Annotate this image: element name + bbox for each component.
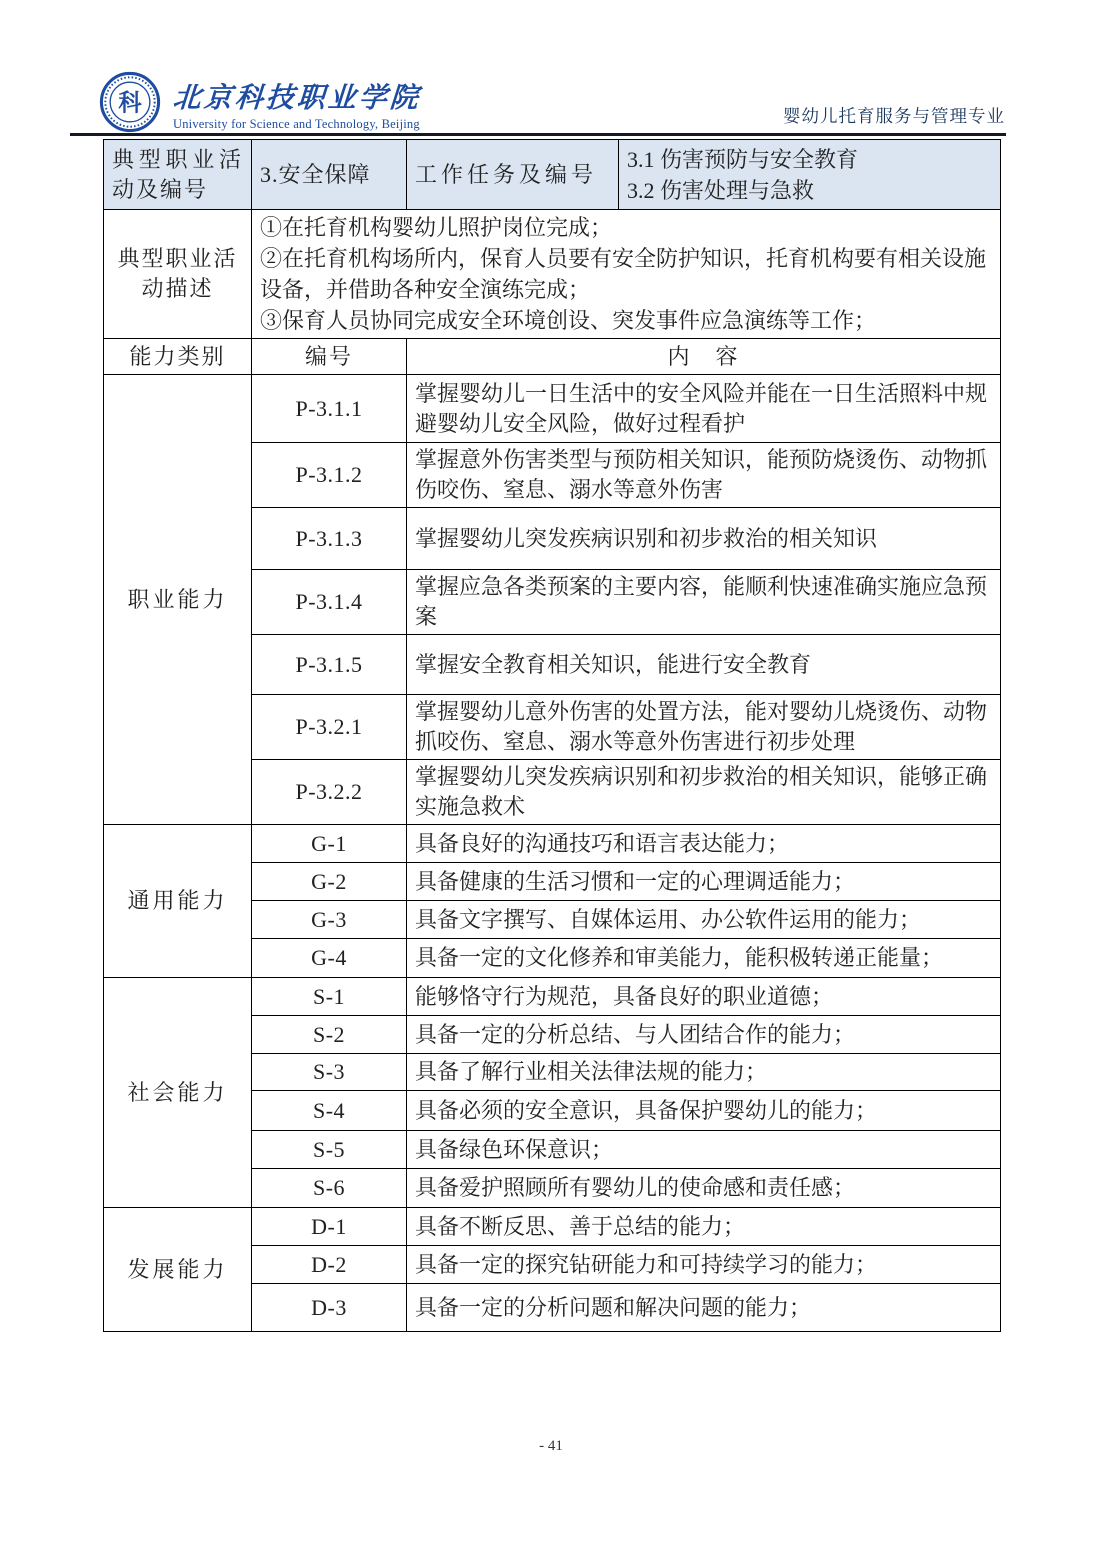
code-cell: P-3.2.1 (252, 695, 407, 760)
category-cell: 通用能力 (104, 825, 252, 978)
code-cell: P-3.1.1 (252, 375, 407, 443)
content-cell: 具备一定的分析总结、与人团结合作的能力； (407, 1016, 1001, 1054)
table-row: 职业能力P-3.1.1掌握婴幼儿一日生活中的安全风险并能在一日生活照料中规避婴幼… (104, 375, 1001, 443)
code-cell: S-2 (252, 1016, 407, 1054)
activity-desc-row: 典型职业活动描述 ①在托育机构婴幼儿照护岗位完成； ②在托育机构场所内，保育人员… (104, 210, 1001, 339)
table-row: 通用能力G-1具备良好的沟通技巧和语言表达能力； (104, 825, 1001, 863)
column-head-code: 编号 (252, 339, 407, 375)
desc-line: ①在托育机构婴幼儿照护岗位完成； (260, 212, 992, 243)
header-cell-activity-value: 3.安全保障 (252, 140, 407, 210)
category-cell: 职业能力 (104, 375, 252, 825)
content-cell: 掌握安全教育相关知识，能进行安全教育 (407, 635, 1001, 695)
code-cell: P-3.1.4 (252, 570, 407, 635)
table-row: 发展能力D-1具备不断反思、善于总结的能力； (104, 1208, 1001, 1246)
content-cell: 具备一定的文化修养和审美能力，能积极转递正能量； (407, 939, 1001, 978)
content-cell: 具备文字撰写、自媒体运用、办公软件运用的能力； (407, 901, 1001, 939)
code-cell: S-3 (252, 1054, 407, 1091)
code-cell: G-4 (252, 939, 407, 978)
content-cell: 掌握婴幼儿一日生活中的安全风险并能在一日生活照料中规避婴幼儿安全风险，做好过程看… (407, 375, 1001, 443)
task-line: 3.2 伤害处理与急救 (627, 175, 992, 206)
university-seal-icon: 科 (99, 71, 161, 138)
logo-cn: 北京科技职业学院 (172, 76, 423, 116)
category-cell: 发展能力 (104, 1208, 252, 1332)
header-cell-activity-label: 典型职业活动及编号 (104, 140, 252, 210)
table-header-row: 典型职业活动及编号 3.安全保障 工作任务及编号 3.1 伤害预防与安全教育 3… (104, 140, 1001, 210)
table-row: 社会能力S-1能够恪守行为规范，具备良好的职业道德； (104, 978, 1001, 1016)
columns-header-row: 能力类别 编号 内 容 (104, 339, 1001, 375)
code-cell: P-3.2.2 (252, 760, 407, 825)
content-cell: 掌握意外伤害类型与预防相关知识，能预防烧烫伤、动物抓伤咬伤、窒息、溺水等意外伤害 (407, 443, 1001, 508)
task-line: 3.1 伤害预防与安全教育 (627, 144, 992, 175)
code-cell: D-2 (252, 1246, 407, 1284)
code-cell: P-3.1.5 (252, 635, 407, 695)
logo-text-block: 北京科技职业学院 University for Science and Tech… (173, 76, 421, 132)
content-cell: 能够恪守行为规范，具备良好的职业道德； (407, 978, 1001, 1016)
column-head-category: 能力类别 (104, 339, 252, 375)
program-title: 婴幼儿托育服务与管理专业 (783, 103, 1005, 128)
page-number: - 41 (0, 1438, 1102, 1455)
code-cell: S-1 (252, 978, 407, 1016)
logo-en: University for Science and Technology, B… (173, 117, 421, 132)
content-cell: 掌握婴幼儿意外伤害的处置方法，能对婴幼儿烧烫伤、动物抓咬伤、窒息、溺水等意外伤害… (407, 695, 1001, 760)
code-cell: G-1 (252, 825, 407, 863)
header-cell-tasks-value: 3.1 伤害预防与安全教育 3.2 伤害处理与急救 (619, 140, 1001, 210)
activity-desc-label: 典型职业活动描述 (104, 210, 252, 339)
content-cell: 具备爱护照顾所有婴幼儿的使命感和责任感； (407, 1169, 1001, 1208)
document-page: 科 北京科技职业学院 University for Science and Te… (0, 0, 1102, 1559)
capability-table: 典型职业活动及编号 3.安全保障 工作任务及编号 3.1 伤害预防与安全教育 3… (103, 139, 1001, 1332)
svg-text:科: 科 (118, 91, 142, 117)
code-cell: S-6 (252, 1169, 407, 1208)
content-cell: 具备健康的生活习惯和一定的心理调适能力； (407, 863, 1001, 901)
activity-desc-cell: ①在托育机构婴幼儿照护岗位完成； ②在托育机构场所内，保育人员要有安全防护知识，… (252, 210, 1001, 339)
category-cell: 社会能力 (104, 978, 252, 1208)
content-cell: 掌握婴幼儿突发疾病识别和初步救治的相关知识，能够正确实施急救术 (407, 760, 1001, 825)
code-cell: G-2 (252, 863, 407, 901)
content-cell: 具备了解行业相关法律法规的能力； (407, 1054, 1001, 1091)
content-cell: 具备绿色环保意识； (407, 1131, 1001, 1169)
content-cell: 具备不断反思、善于总结的能力； (407, 1208, 1001, 1246)
desc-line: ③保育人员协同完成安全环境创设、突发事件应急演练等工作； (260, 305, 992, 336)
code-cell: P-3.1.3 (252, 508, 407, 570)
code-cell: P-3.1.2 (252, 443, 407, 508)
code-cell: S-4 (252, 1091, 407, 1131)
content-cell: 具备良好的沟通技巧和语言表达能力； (407, 825, 1001, 863)
code-cell: G-3 (252, 901, 407, 939)
content-cell: 具备一定的分析问题和解决问题的能力； (407, 1284, 1001, 1332)
header-cell-tasks-label: 工作任务及编号 (407, 140, 619, 210)
code-cell: D-1 (252, 1208, 407, 1246)
content-cell: 掌握婴幼儿突发疾病识别和初步救治的相关知识 (407, 508, 1001, 570)
header-rule (70, 133, 1006, 136)
code-cell: S-5 (252, 1131, 407, 1169)
content-cell: 具备一定的探究钻研能力和可持续学习的能力； (407, 1246, 1001, 1284)
desc-line: ②在托育机构场所内，保育人员要有安全防护知识，托育机构要有相关设施设备，并借助各… (260, 243, 992, 305)
code-cell: D-3 (252, 1284, 407, 1332)
column-head-content: 内 容 (407, 339, 1001, 375)
content-cell: 掌握应急各类预案的主要内容，能顺利快速准确实施应急预案 (407, 570, 1001, 635)
content-cell: 具备必须的安全意识，具备保护婴幼儿的能力； (407, 1091, 1001, 1131)
